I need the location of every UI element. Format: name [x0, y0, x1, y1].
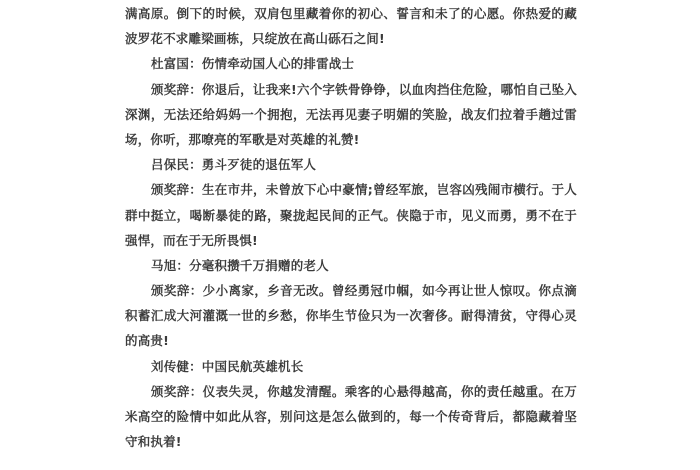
citation-text-line: 深渊，无法还给妈妈一个拥抱，无法再见妻子明媚的笑脸，战友们拉着手趟过雷 [125, 102, 577, 127]
citation-text-line: 颁奖辞：仪表失灵，你越发清醒。乘客的心悬得越高，你的责任越重。在万 [125, 379, 577, 404]
citation-text-line: 守和执着! [125, 429, 577, 454]
awardee-name-line: 刘传健：中国民航英雄机长 [125, 354, 577, 379]
citation-text-line: 颁奖辞：少小离家，乡音无改。曾经勇冠巾帼，如今再让世人惊叹。你点滴 [125, 278, 577, 303]
citation-text-line: 积蓄汇成大河灌溉一世的乡愁，你毕生节俭只为一次奢侈。耐得清贫，守得心灵 [125, 303, 577, 328]
awardee-name-line: 吕保民：勇斗歹徒的退伍军人 [125, 152, 577, 177]
citation-text-line: 米高空的险情中如此从容，别问这是怎么做到的，每一个传奇背后，都隐藏着坚 [125, 404, 577, 429]
citation-text-line: 颁奖辞：生在市井，未曾放下心中豪情;曾经军旅，岂容凶残闹市横行。于人 [125, 177, 577, 202]
awardee-name-line: 马旭：分毫积攒千万捐赠的老人 [125, 253, 577, 278]
citation-text-line: 颁奖辞：你退后，让我来!六个字铁骨铮铮，以血肉挡住危险，哪怕自己坠入 [125, 77, 577, 102]
citation-text-line: 强悍，而在于无所畏惧! [125, 228, 577, 253]
citation-text-line: 群中挺立，喝断暴徒的路，聚拢起民间的正气。侠隐于市，见义而勇，勇不在于 [125, 203, 577, 228]
document-page: 满高原。倒下的时候，双肩包里藏着你的初心、誓言和未了的心愿。你热爱的藏 波罗花不… [0, 0, 700, 470]
citation-text-line: 场，你听，那嘹亮的军歌是对英雄的礼赞! [125, 127, 577, 152]
citation-text-line: 的高贵! [125, 328, 577, 353]
citation-text-line: 满高原。倒下的时候，双肩包里藏着你的初心、誓言和未了的心愿。你热爱的藏 [125, 1, 577, 26]
awardee-name-line: 杜富国：伤情牵动国人心的排雷战士 [125, 51, 577, 76]
citation-text-line: 波罗花不求雕梁画栋，只绽放在高山砾石之间! [125, 26, 577, 51]
